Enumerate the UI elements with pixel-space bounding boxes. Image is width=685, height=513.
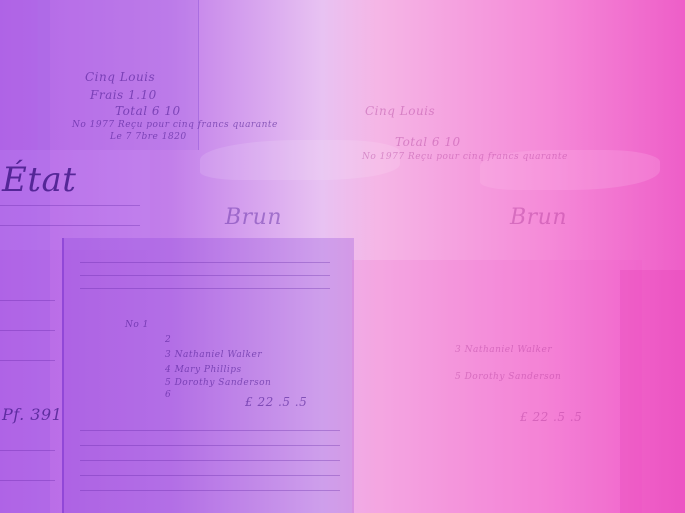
ledger-total: £ 22 .5 .5 [245,395,307,409]
ledger-row-faint: 3 Nathaniel Walker [455,345,552,355]
receipt-line: No 1977 Reçu pour cinq francs quarante [72,120,278,130]
receipt-line: Total 6 10 [115,104,181,118]
receipt-line-faint: No 1977 Reçu pour cinq francs quarante [362,152,568,162]
ledger-row: No 1 [125,320,149,330]
signature: Brun [225,205,282,230]
ledger-letter-paper [62,238,354,513]
ledger-row: 2 [165,335,171,345]
etat-heading: État [2,160,76,200]
ledger-row: 3 Nathaniel Walker [165,350,262,360]
ledger-row: 6 [165,390,171,400]
receipt-line-faint: Cinq Louis [365,104,435,118]
receipt-line-faint: Total 6 10 [395,135,461,149]
receipt-line: Frais 1.10 [90,88,157,102]
signature-faint: Brun [510,205,567,230]
ledger-row-faint: 5 Dorothy Sanderson [455,372,561,382]
ledger-row: 4 Mary Phillips [165,365,242,375]
receipt-line: Le 7 7bre 1820 [110,132,187,142]
receipt-line: Cinq Louis [85,70,155,84]
page-reference: Pf. 391 [2,405,62,424]
ledger-row: 5 Dorothy Sanderson [165,378,271,388]
ledger-letter-paper-faint [352,260,642,513]
document-collage-image: Cinq Louis Frais 1.10 Total 6 10 No 1977… [0,0,685,513]
ledger-total-faint: £ 22 .5 .5 [520,410,582,424]
paper-fragment-right [620,270,685,513]
